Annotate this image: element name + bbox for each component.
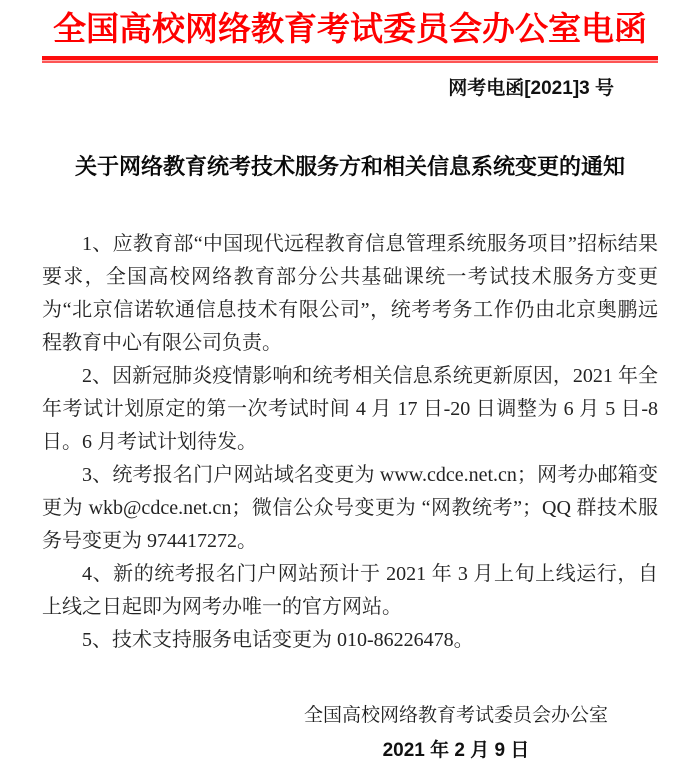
body-paragraph-3: 3、统考报名门户网站域名变更为 www.cdce.net.cn；网考办邮箱变更为…	[42, 459, 658, 558]
notice-body: 1、应教育部“中国现代远程教育信息管理系统服务项目”招标结果要求，全国高校网络教…	[42, 228, 658, 657]
signature-block: 全国高校网络教育考试委员会办公室 2021 年 2 月 9 日	[304, 699, 608, 768]
signature-row: 全国高校网络教育考试委员会办公室 2021 年 2 月 9 日	[42, 699, 658, 768]
red-divider-rule	[42, 56, 658, 64]
signature-org: 全国高校网络教育考试委员会办公室	[304, 699, 608, 733]
signature-date: 2021 年 2 月 9 日	[304, 733, 608, 768]
body-paragraph-5: 5、技术支持服务电话变更为 010-86226478。	[42, 624, 658, 657]
doc-number: 网考电函[2021]3 号	[42, 76, 658, 102]
letterhead-title: 全国高校网络教育考试委员会办公室电函	[42, 8, 658, 50]
body-paragraph-1: 1、应教育部“中国现代远程教育信息管理系统服务项目”招标结果要求，全国高校网络教…	[42, 228, 658, 360]
notice-title: 关于网络教育统考技术服务方和相关信息系统变更的通知	[42, 152, 658, 182]
body-paragraph-2: 2、因新冠肺炎疫情影响和统考相关信息系统更新原因，2021 年全年考试计划原定的…	[42, 360, 658, 459]
document-page: 全国高校网络教育考试委员会办公室电函 网考电函[2021]3 号 关于网络教育统…	[0, 0, 700, 768]
body-paragraph-4: 4、新的统考报名门户网站预计于 2021 年 3 月上旬上线运行，自上线之日起即…	[42, 558, 658, 624]
